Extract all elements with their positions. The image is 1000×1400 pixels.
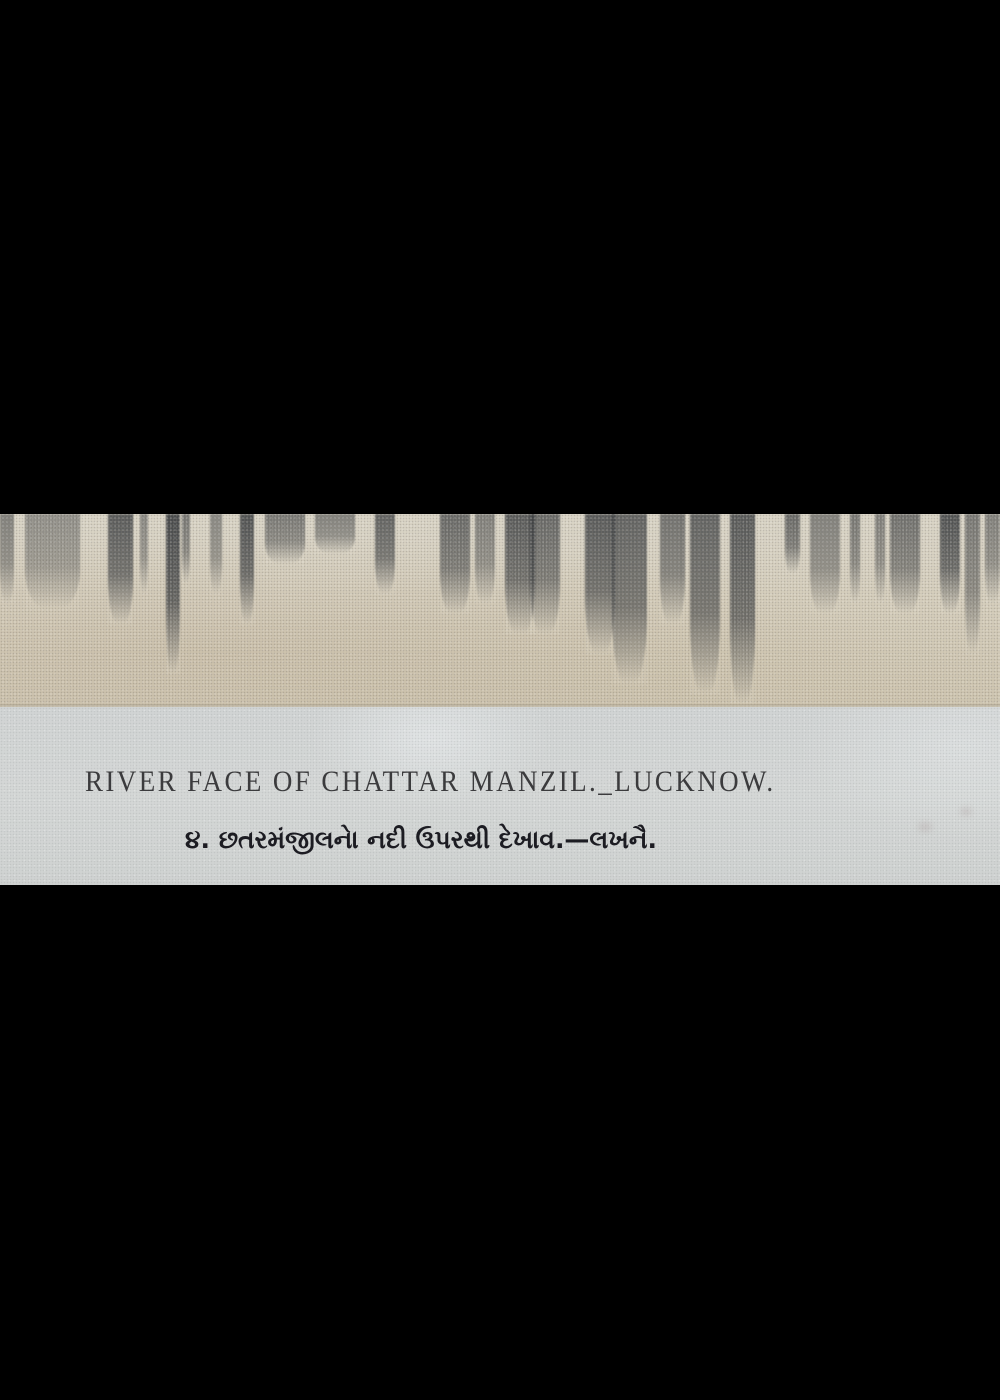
paper-grain — [0, 514, 1000, 707]
caption-english: RIVER FACE OF CHATTAR MANZIL._LUCKNOW. — [85, 765, 935, 798]
mount-board: RIVER FACE OF CHATTAR MANZIL._LUCKNOW. ૪… — [0, 707, 1000, 885]
caption-gujarati: ૪. છતરમંજીલનેા નદી ઉપરથી દેખાવ.—લખનૈ. — [185, 825, 845, 855]
foxing-stain — [960, 807, 972, 816]
lithograph-print — [0, 514, 1000, 707]
foxing-stain — [918, 822, 932, 832]
photograph-band: RIVER FACE OF CHATTAR MANZIL._LUCKNOW. ૪… — [0, 514, 1000, 885]
